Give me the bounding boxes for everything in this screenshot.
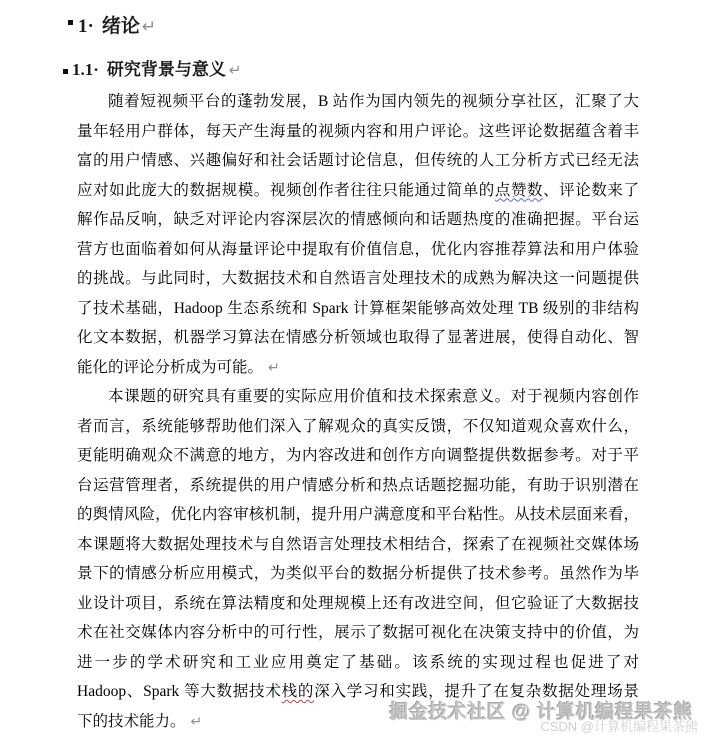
line-text: 者而言，系统能够帮助他们深入了解观众的真实反馈，不仅知道观众喜欢什么， (77, 418, 639, 435)
text-line: 进一步的学术研究和工业应用奠定了基础。该系统的实现过程也促进了对 (77, 648, 639, 678)
heading-title: 绪论 (102, 16, 140, 37)
text-line: 富的用户情感、兴趣偏好和社会话题讨论信息，但传统的人工分析方式已经无法 (77, 146, 639, 176)
line-text: Hadoop、Spark 等大数据技术 (77, 683, 282, 700)
heading-outline-bullet-icon (68, 20, 73, 25)
text-line: 台运营管理者，系统提供的用户情感分析和热点话题挖掘功能，有助于识别潜在 (77, 471, 639, 501)
line-text: 的挑战。与此同时，大数据技术和自然语言处理技术的成熟为解决这一问题提供 (77, 270, 639, 287)
text-line: 景下的情感分析应用模式，为类似平台的数据分析提供了技术参考。虽然作为毕 (77, 559, 639, 589)
paragraph-mark-icon: ↵ (229, 61, 242, 79)
text-line: 解作品反响，缺乏对评论内容深层次的情感倾向和话题热度的准确把握。平台运 (77, 205, 639, 235)
line-text: 应对如此庞大的数据规模。视频创作者往往只能通过简单的 (77, 182, 495, 199)
text-line: 能化的评论分析成为可能。↵ (77, 353, 639, 383)
text-line: 本课题的研究具有重要的实际应用价值和技术探索意义。对于视频内容创作 (77, 382, 639, 412)
line-text: 景下的情感分析应用模式，为类似平台的数据分析提供了技术参考。虽然作为毕 (77, 565, 639, 582)
spellcheck-red-underline-text: 栈的 (282, 683, 315, 700)
line-text: 化文本数据，机器学习算法在情感分析领域也取得了显著进展，使得自动化、智 (77, 329, 639, 346)
heading-number: 1 (78, 16, 88, 37)
heading-title: 研究背景与意义 (107, 60, 226, 79)
line-text: 更能明确观众不满意的地方，为内容改进和创作方向调整提供数据参考。对于平 (77, 447, 639, 464)
heading-number: 1.1 (72, 60, 93, 79)
line-text: 下的技术能力。 (77, 713, 186, 730)
watermark-csdn: CSDN @计算机编程果茶熊 (540, 716, 698, 735)
text-line: 了技术基础，Hadoop 生态系统和 Spark 计算框架能够高效处理 TB 级… (77, 294, 639, 324)
text-line: 更能明确观众不满意的地方，为内容改进和创作方向调整提供数据参考。对于平 (77, 441, 639, 471)
text-line: 随着短视频平台的蓬勃发展，B 站作为国内领先的视频分享社区，汇聚了大 (77, 87, 639, 117)
line-text: 、评论数来了 (543, 182, 639, 199)
line-text: 解作品反响，缺乏对评论内容深层次的情感倾向和话题热度的准确把握。平台运 (77, 211, 639, 228)
text-line: 的挑战。与此同时，大数据技术和自然语言处理技术的成熟为解决这一问题提供 (77, 264, 639, 294)
line-text: 随着短视频平台的蓬勃发展，B 站作为国内领先的视频分享社区，汇聚了大 (108, 93, 639, 110)
paragraph-mark-icon: ↵ (142, 17, 156, 37)
heading-outline-bullet-icon (63, 69, 68, 74)
text-line: 业设计项目，系统在算法精度和处理规模上还有改进空间，但它验证了大数据技 (77, 589, 639, 619)
line-text: 富的用户情感、兴趣偏好和社会话题讨论信息，但传统的人工分析方式已经无法 (77, 152, 639, 169)
text-line: 本课题将大数据处理技术与自然语言处理技术相结合，探索了在视频社交媒体场 (77, 530, 639, 560)
body-text: 随着短视频平台的蓬勃发展，B 站作为国内领先的视频分享社区，汇聚了大 量年轻用户… (77, 87, 639, 736)
text-line: 营方也面临着如何从海量评论中提取有价值信息，优化内容推荐算法和用户体验 (77, 235, 639, 265)
heading-number-separator: · (88, 16, 94, 37)
line-text: 术在社交媒体内容分析中的可行性，展示了数据可视化在决策支持中的价值，为 (77, 624, 639, 641)
line-text: 业设计项目，系统在算法精度和处理规模上还有改进空间，但它验证了大数据技 (77, 595, 639, 612)
line-text: 台运营管理者，系统提供的用户情感分析和热点话题挖掘功能，有助于识别潜在 (77, 477, 639, 494)
text-line: 术在社交媒体内容分析中的可行性，展示了数据可视化在决策支持中的价值，为 (77, 618, 639, 648)
line-text: 了技术基础，Hadoop 生态系统和 Spark 计算框架能够高效处理 TB 级… (77, 300, 639, 317)
line-text: 能化的评论分析成为可能。 (77, 359, 263, 376)
line-text: 量年轻用户群体，每天产生海量的视频内容和用户评论。这些评论数据蕴含着丰 (77, 123, 639, 140)
heading-1-1: 1.1·研究背景与意义↵ (63, 55, 242, 80)
line-text: 营方也面临着如何从海量评论中提取有价值信息，优化内容推荐算法和用户体验 (77, 241, 639, 258)
text-line: 者而言，系统能够帮助他们深入了解观众的真实反馈，不仅知道观众喜欢什么， (77, 412, 639, 442)
spellcheck-blue-underline-text: 点赞数 (495, 182, 543, 199)
paragraph-mark-icon: ↵ (191, 714, 203, 730)
paragraph-mark-icon: ↵ (268, 360, 280, 376)
line-text: 本课题将大数据处理技术与自然语言处理技术相结合，探索了在视频社交媒体场 (77, 536, 639, 553)
text-line: 量年轻用户群体，每天产生海量的视频内容和用户评论。这些评论数据蕴含着丰 (77, 117, 639, 147)
heading-1: 1·绪论↵ (68, 11, 156, 38)
heading-number-separator: · (93, 60, 99, 79)
line-text: 的舆情风险，优化内容审核机制，提升用户满意度和平台粘性。从技术层面来看， (77, 506, 639, 523)
line-text: 本课题的研究具有重要的实际应用价值和技术探索意义。对于视频内容创作 (108, 388, 639, 405)
text-line: 化文本数据，机器学习算法在情感分析领域也取得了显著进展，使得自动化、智 (77, 323, 639, 353)
text-line: 的舆情风险，优化内容审核机制，提升用户满意度和平台粘性。从技术层面来看， (77, 500, 639, 530)
line-text: 进一步的学术研究和工业应用奠定了基础。该系统的实现过程也促进了对 (77, 654, 639, 671)
document-page: { "headings": { "h1": { "number": "1", "… (0, 0, 709, 736)
text-line: 应对如此庞大的数据规模。视频创作者往往只能通过简单的点赞数、评论数来了 (77, 176, 639, 206)
